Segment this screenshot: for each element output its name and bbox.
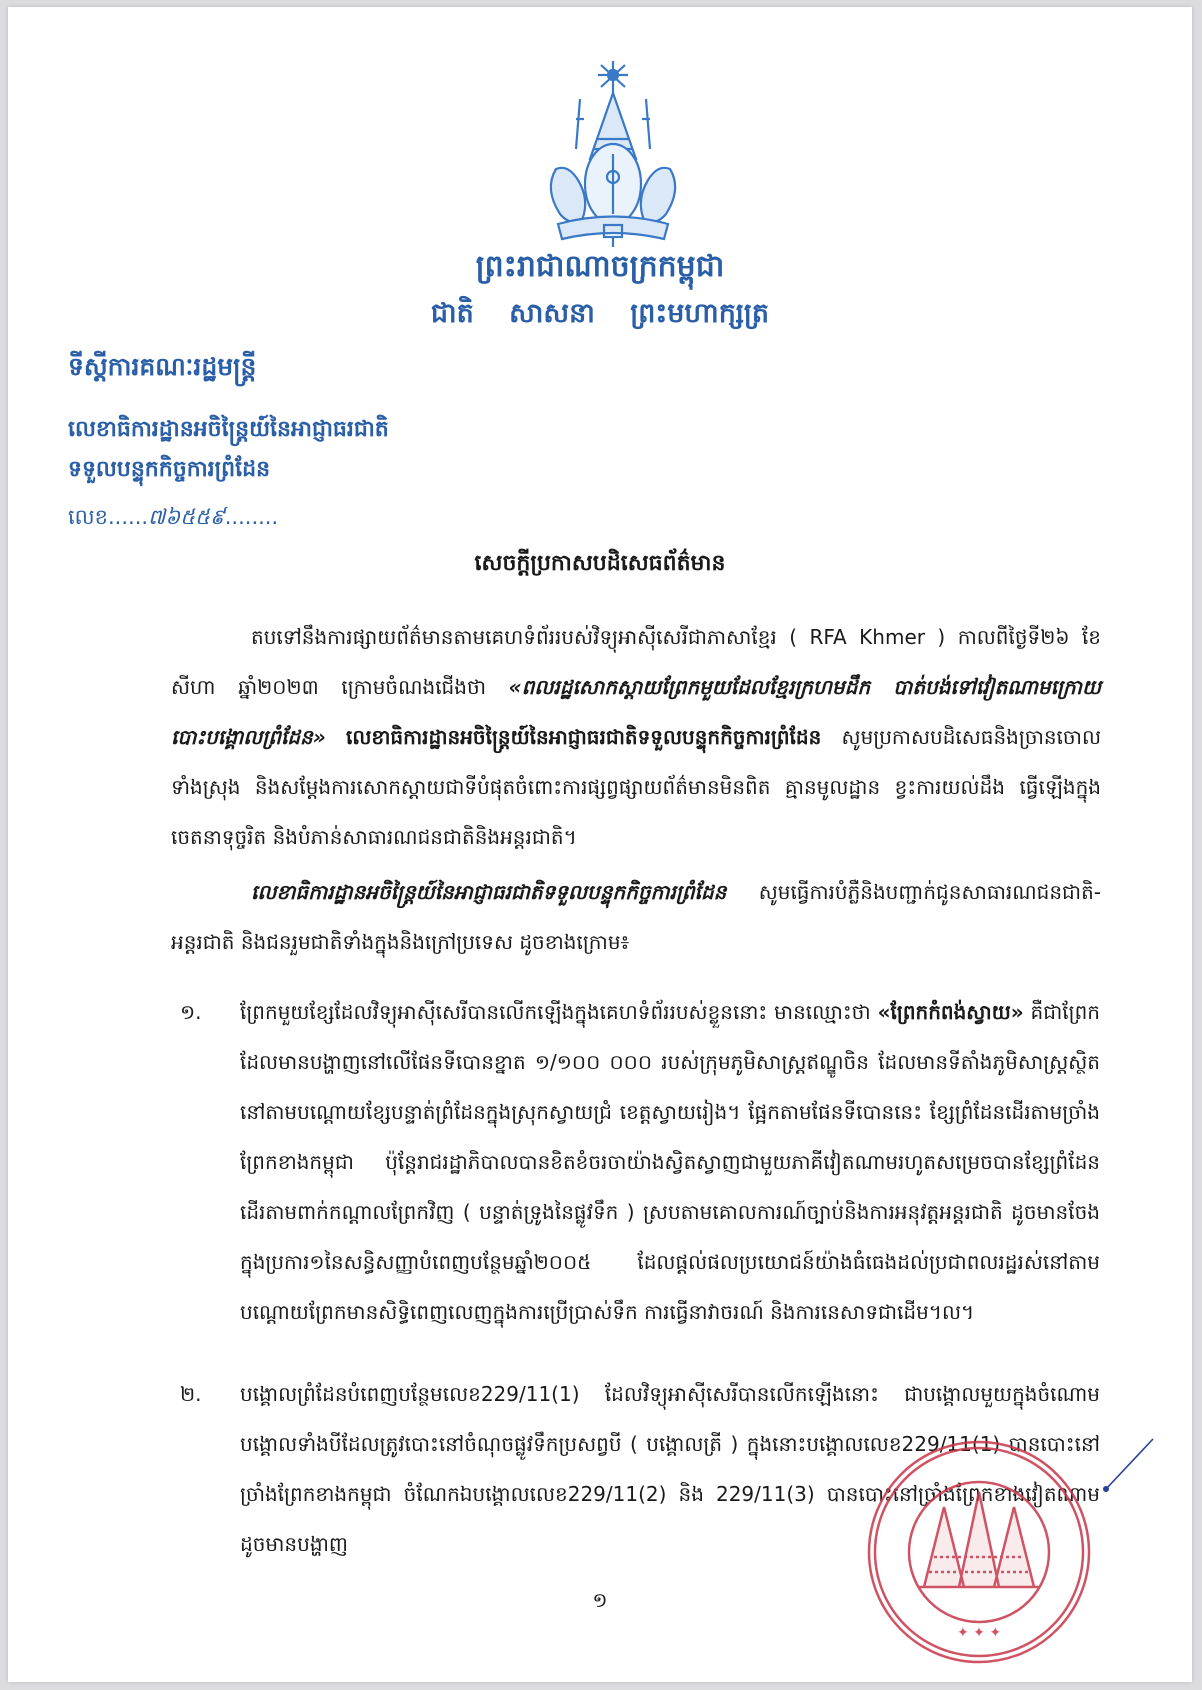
authority-name: លេខាធិការដ្ឋានអចិន្ត្រៃយ៍នៃអាជ្ញាធរជាតិទ…: [346, 725, 821, 749]
document-title: សេចក្ដីប្រកាសបដិសេធព័ត៌មាន: [8, 549, 1192, 581]
reference-label: លេខ......: [68, 505, 148, 529]
authority-name: លេខាធិការដ្ឋានអចិន្ត្រៃយ៍នៃអាជ្ញាធរជាតិទ…: [251, 880, 726, 904]
paragraph-1: តបទៅនឹងការផ្សាយព័ត៌មានតាមគេហទំព័ររបស់វិទ…: [171, 612, 1101, 862]
item-text-a: ព្រែកមួយខ្សែដែលវិទ្យុអាស៊ីសេរីបានលើកឡើងក…: [240, 1000, 878, 1024]
quoted-name: «ព្រែកកំពង់ស្វាយ»: [878, 1000, 1024, 1024]
item-text-b: គឺជាព្រែកដែលមានបង្ហាញនៅលើផែនទីបោនខ្នាត ១…: [240, 1000, 1100, 1324]
svg-text:✦ ✦ ✦: ✦ ✦ ✦: [957, 1625, 1001, 1641]
department-line-2: ទទួលបន្ទុកកិច្ចការព្រំដែន: [68, 455, 270, 487]
reference-number: លេខ......៧៦៥៥៩........: [68, 504, 278, 535]
issuing-office: ទីស្ដីការគណៈរដ្ឋមន្ត្រី: [68, 352, 256, 388]
list-marker: ២.: [180, 1369, 202, 1419]
document-page: ព្រះរាជាណាចក្រកម្ពុជា ជាតិ សាសនា ព្រះមហា…: [8, 7, 1192, 1682]
department-line-1: លេខាធិការដ្ឋានអចិន្ត្រៃយ៍នៃអាជ្ញាធរជាតិ: [68, 415, 389, 447]
national-motto: ជាតិ សាសនា ព្រះមហាក្សត្រ: [8, 297, 1192, 336]
royal-emblem-icon: [528, 59, 698, 249]
reference-trail: ........: [225, 505, 278, 529]
paragraph-2: លេខាធិការដ្ឋានអចិន្ត្រៃយ៍នៃអាជ្ញាធរជាតិទ…: [171, 867, 1101, 967]
kingdom-name: ព្រះរាជាណាចក្រកម្ពុជា: [8, 247, 1192, 291]
list-marker: ១.: [180, 987, 202, 1037]
reference-value: ៧៦៥៥៩: [148, 505, 225, 529]
paragraph-1-text-b: [326, 725, 346, 749]
signature-mark-icon: [1098, 1437, 1158, 1497]
list-item: ១. ព្រែកមួយខ្សែដែលវិទ្យុអាស៊ីសេរីបានលើកឡ…: [240, 987, 1100, 1337]
page-number: ១: [8, 1587, 1192, 1617]
official-seal-icon: ✦ ✦ ✦: [864, 1437, 1094, 1667]
